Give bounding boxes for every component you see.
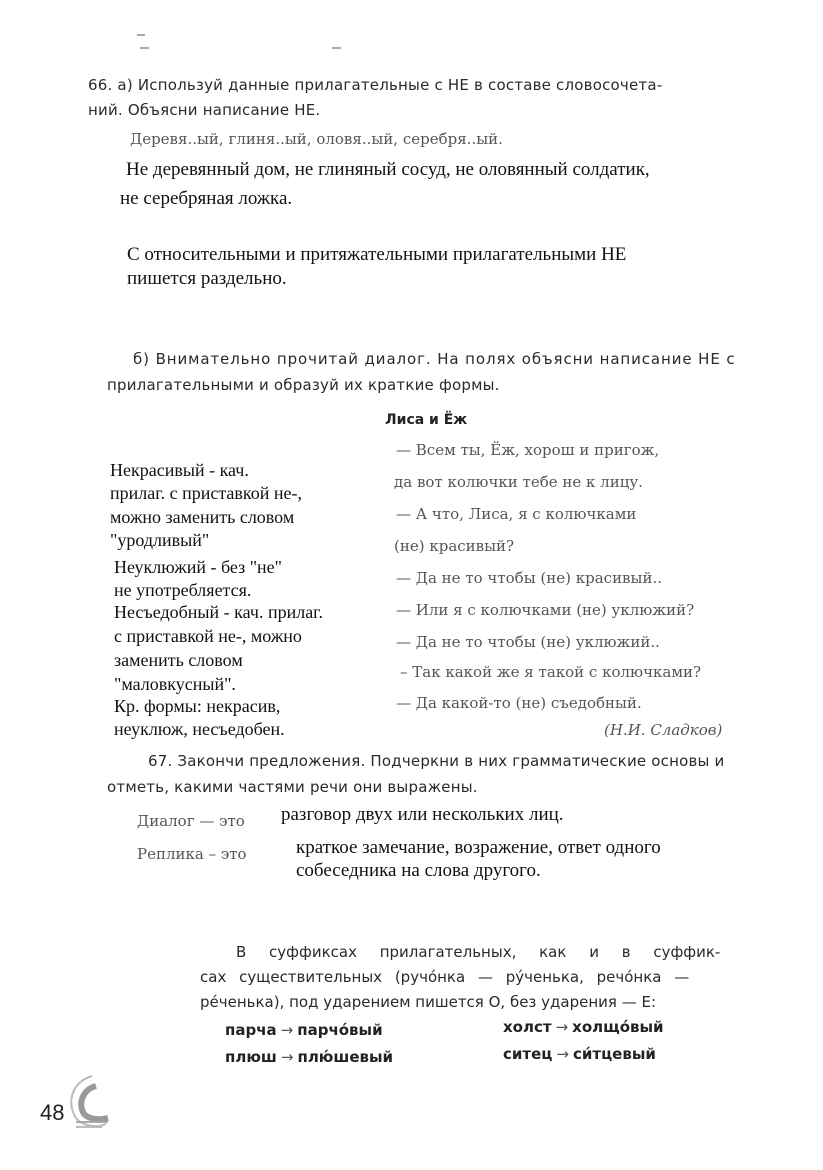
dialog-line: (не) красивый? [394,537,514,555]
exercise-66a-answer-line1: Не деревянный дом, не глиняный сосуд, не… [126,158,650,182]
exercise-66b-task-line1: б) Внимательно прочитай диалог. На полях… [133,350,736,368]
replica-definition-answer-line1: краткое замечание, возражение, ответ одн… [296,836,661,860]
dialog-title: Лиса и Ёж [385,412,467,428]
margin-note-line: неуклюж, несъедобен. [114,718,285,741]
scan-noise [332,47,341,49]
replica-definition-answer-line2: собеседника на слова другого. [296,859,541,883]
rule-line2: сах существительных (ручо́нка — ру́ченьк… [200,968,689,986]
exercise-66a-answer-line2: не серебряная ложка. [120,187,292,211]
dialog-line: – Так какой же я такой с колючками? [400,663,701,681]
dialog-line: — А что, Лиса, я с колючками [396,505,636,523]
dialog-line: — Да какой-то (не) съедобный. [396,694,642,712]
margin-note-line: Некрасивый - кач. [110,459,249,482]
replica-definition-label: Реплика – это [137,845,247,863]
dialog-line: — Да не то чтобы (не) уклюжий.. [396,633,660,651]
arrow-icon: → [281,1048,294,1066]
exercise-66b-task-line2: прилагательными и образуй их краткие фор… [107,376,500,394]
margin-note-line: "маловкусный". [114,673,236,696]
rule-example: ситец→си́тцевый [503,1045,656,1063]
arrow-icon: → [281,1021,294,1039]
dialog-line: — Или я с колючками (не) уклюжий? [396,601,694,619]
exercise-67-task-line2: отметь, какими частями речи они выражены… [107,778,478,796]
margin-note-line: с приставкой не-, можно [114,625,302,648]
rule-example: холст→холщо́вый [503,1018,664,1036]
dialog-line: — Всем ты, Ёж, хорош и пригож, [396,441,659,459]
margin-note-line: прилаг. с приставкой не-, [110,482,302,505]
margin-note-line: Несъедобный - кач. прилаг. [114,601,323,624]
margin-note-line: заменить словом [114,649,243,672]
exercise-66a-task-line1: 66. а) Используй данные прилагательные с… [88,76,662,94]
exercise-67-task-line1: 67. Закончи предложения. Подчеркни в них… [148,752,725,770]
dialog-line: да вот колючки тебе не к лицу. [394,473,643,491]
rule-example: плюш→плю́шевый [225,1048,393,1066]
margin-note-line: Кр. формы: некрасив, [114,695,280,718]
exercise-66a-task-line2: ний. Объясни написание НЕ. [88,101,320,119]
scan-noise [140,47,149,49]
dialog-definition-answer: разговор двух или нескольких лиц. [281,803,564,827]
dialog-line: — Да не то чтобы (не) красивый.. [396,569,662,587]
scan-noise [137,34,145,36]
exercise-66a-explanation-line1: С относительными и притяжательными прила… [127,243,626,267]
arrow-icon: → [556,1045,569,1063]
exercise-66a-explanation-line2: пишется раздельно. [127,267,287,291]
publisher-swirl-icon [62,1072,110,1130]
margin-note-line: можно заменить словом [110,506,294,529]
exercise-66a-words: Деревя..ый, глиня..ый, оловя..ый, серебр… [130,130,503,148]
rule-example: парча→парчо́вый [225,1021,383,1039]
margin-note-line: не употребляется. [114,579,251,602]
margin-note-line: "уродливый" [110,529,209,552]
page-number: 48 [40,1100,64,1126]
rule-line3: ре́ченька), под ударением пишется О, без… [200,993,656,1011]
margin-note-line: Неуклюжий - без "не" [114,556,282,579]
arrow-icon: → [556,1018,569,1036]
rule-line1: В суффиксах прилагательных, как и в суфф… [236,943,720,961]
dialog-definition-label: Диалог — это [137,812,245,830]
dialog-author: (Н.И. Сладков) [604,721,722,739]
